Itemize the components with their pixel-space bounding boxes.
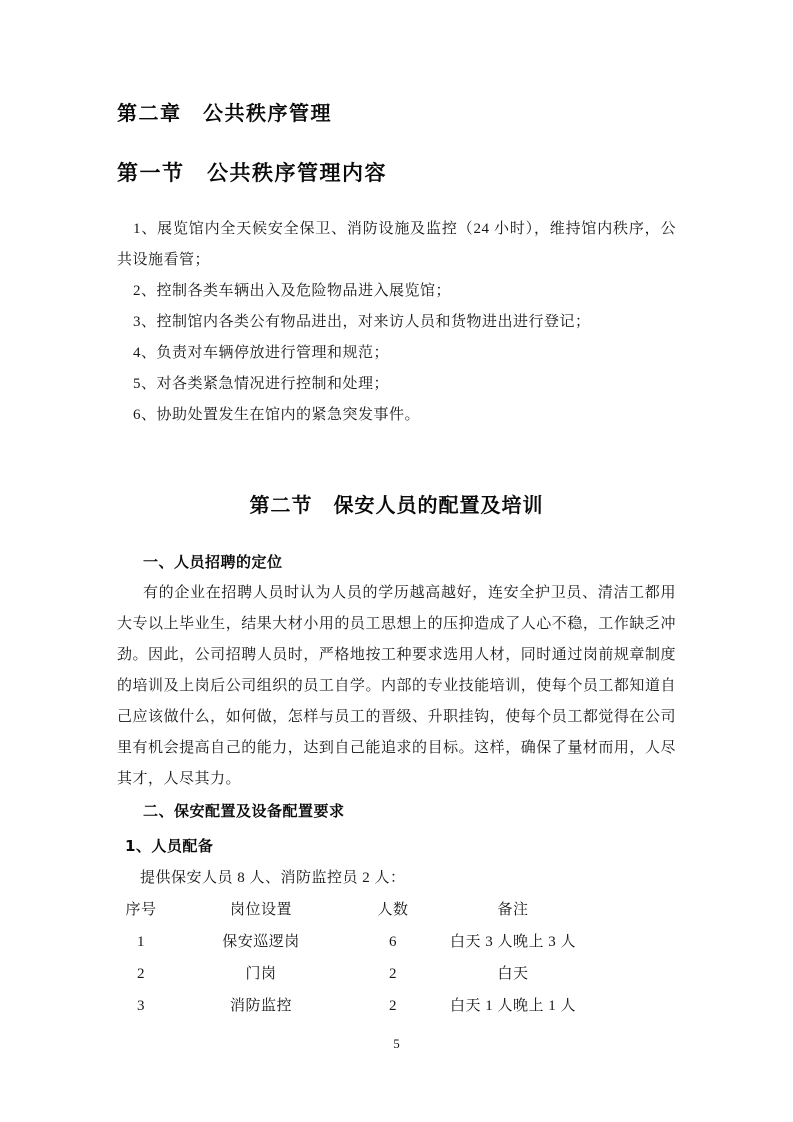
- table-row: 3 消防监控 2 白天 1 人晚上 1 人: [117, 990, 597, 1022]
- table-cell: 2: [357, 958, 429, 990]
- table-header-cell: 人数: [357, 894, 429, 926]
- table-row: 1 保安巡逻岗 6 白天 3 人晚上 3 人: [117, 926, 597, 958]
- table-cell: 白天: [429, 958, 597, 990]
- recruitment-paragraph: 有的企业在招聘人员时认为人员的学历越高越好，连安全护卫员、清洁工都用大专以上毕业…: [117, 578, 676, 795]
- duty-list: 1、展览馆内全天候安全保卫、消防设施及监控（24 小时），维持馆内秩序，公共设施…: [117, 214, 676, 431]
- config-subheading: 二、保安配置及设备配置要求: [117, 796, 676, 827]
- recruitment-subheading: 一、人员招聘的定位: [117, 547, 676, 578]
- list-item: 5、对各类紧急情况进行控制和处理；: [117, 369, 676, 400]
- table-cell: 3: [117, 990, 165, 1022]
- staffing-heading: 1、人员配备: [117, 831, 676, 862]
- list-item: 2、控制各类车辆出入及危险物品进入展览馆；: [117, 276, 676, 307]
- table-row: 2 门岗 2 白天: [117, 958, 597, 990]
- table-cell: 2: [357, 990, 429, 1022]
- table-cell: 保安巡逻岗: [165, 926, 357, 958]
- table-cell: 消防监控: [165, 990, 357, 1022]
- list-item: 1、展览馆内全天候安全保卫、消防设施及监控（24 小时），维持馆内秩序，公共设施…: [117, 214, 676, 276]
- section1-heading: 第一节 公共秩序管理内容: [117, 160, 676, 187]
- table-header-cell: 序号: [117, 894, 165, 926]
- document-page: 第二章 公共秩序管理 第一节 公共秩序管理内容 1、展览馆内全天候安全保卫、消防…: [0, 0, 793, 1122]
- list-item: 6、协助处置发生在馆内的紧急突发事件。: [117, 400, 676, 431]
- list-item: 4、负责对车辆停放进行管理和规范；: [117, 338, 676, 369]
- table-header-cell: 岗位设置: [165, 894, 357, 926]
- table-cell: 白天 1 人晚上 1 人: [429, 990, 597, 1022]
- chapter-heading: 第二章 公共秩序管理: [117, 100, 676, 126]
- page-number: 5: [0, 1036, 793, 1052]
- table-cell: 门岗: [165, 958, 357, 990]
- table-cell: 白天 3 人晚上 3 人: [429, 926, 597, 958]
- staffing-intro: 提供保安人员 8 人、消防监控员 2 人：: [117, 863, 676, 894]
- table-cell: 1: [117, 926, 165, 958]
- table-header-cell: 备注: [429, 894, 597, 926]
- table-cell: 2: [117, 958, 165, 990]
- table-header-row: 序号 岗位设置 人数 备注: [117, 894, 597, 926]
- table-cell: 6: [357, 926, 429, 958]
- list-item: 3、控制馆内各类公有物品进出，对来访人员和货物进出进行登记；: [117, 307, 676, 338]
- section2-heading: 第二节 保安人员的配置及培训: [117, 492, 676, 519]
- staffing-table: 序号 岗位设置 人数 备注 1 保安巡逻岗 6 白天 3 人晚上 3 人 2 门…: [117, 894, 597, 1022]
